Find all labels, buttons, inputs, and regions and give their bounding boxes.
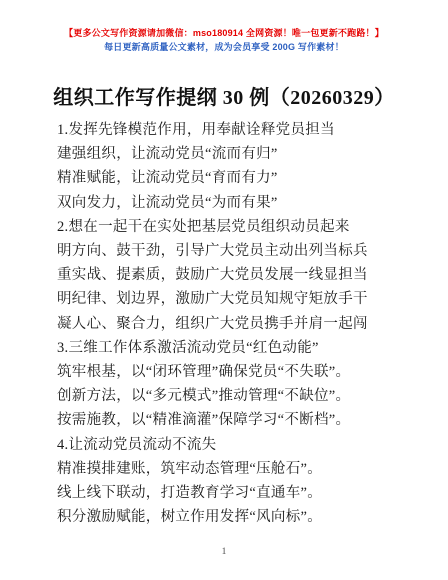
promo-line-2: 每日更新高质量公文素材，成为会员享受 200G 写作素材！ xyxy=(0,41,448,53)
promo-line-1: 【更多公文写作资源请加微信：mso180914 全网资源！唯一包更新不跑路！】 xyxy=(0,27,448,39)
body-line: 精准赋能，让流动党员“育而有力” xyxy=(57,166,392,190)
body-line: 凝人心、聚合力，组织广大党员携手并肩一起闯 xyxy=(57,312,392,336)
body-line: 明方向、鼓干劲，引导广大党员主动出列当标兵 xyxy=(57,239,392,263)
body-line: 线上线下联动，打造教育学习“直通车”。 xyxy=(57,481,392,505)
body-line: 建强组织，让流动党员“流而有归” xyxy=(57,142,392,166)
body-line: 4.让流动党员流动不流失 xyxy=(57,433,392,457)
body-line: 按需施教，以“精准滴灌”保障学习“不断档”。 xyxy=(57,408,392,432)
body-line: 双向发力，让流动党员“为而有果” xyxy=(57,191,392,215)
page-number: 1 xyxy=(0,547,448,557)
body-line: 重实战、提素质，鼓励广大党员发展一线显担当 xyxy=(57,263,392,287)
body-line: 明纪律、划边界，激励广大党员知规守矩放手干 xyxy=(57,287,392,311)
promo-header: 【更多公文写作资源请加微信：mso180914 全网资源！唯一包更新不跑路！】 … xyxy=(0,0,448,53)
body-line: 2.想在一起干在实处把基层党员组织动员起来 xyxy=(57,215,392,239)
body-line: 3.三维工作体系激活流动党员“红色动能” xyxy=(57,336,392,360)
body-line: 1.发挥先锋模范作用，用奉献诠释党员担当 xyxy=(57,118,392,142)
body-line: 精准摸排建账，筑牢动态管理“压舱石”。 xyxy=(57,457,392,481)
body-line: 筑牢根基，以“闭环管理”确保党员“不失联”。 xyxy=(57,360,392,384)
document-page: 【更多公文写作资源请加微信：mso180914 全网资源！唯一包更新不跑路！】 … xyxy=(0,0,448,580)
body-line: 创新方法，以“多元模式”推动管理“不缺位”。 xyxy=(57,384,392,408)
page-title: 组织工作写作提纲 30 例（20260329） xyxy=(0,86,448,111)
body-line: 积分激励赋能，树立作用发挥“风向标”。 xyxy=(57,505,392,529)
document-body: 1.发挥先锋模范作用，用奉献诠释党员担当 建强组织，让流动党员“流而有归” 精准… xyxy=(57,118,392,529)
